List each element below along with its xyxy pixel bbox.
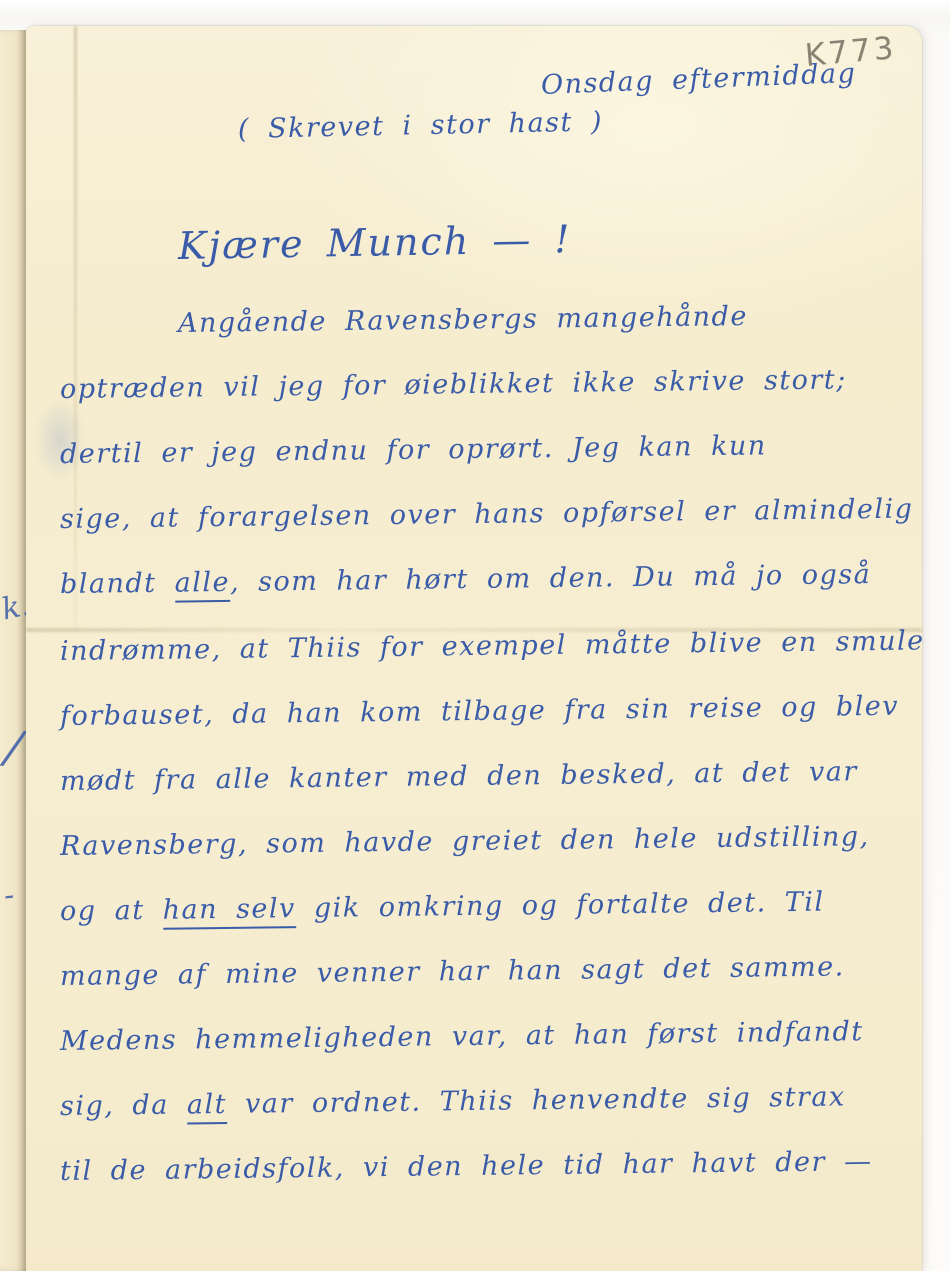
handwriting-segment: og at [60, 895, 163, 927]
handwriting-segment: mødt fra alle kanter med den besked, at … [60, 756, 858, 797]
letter-line: mødt fra alle kanter med den besked, at … [60, 756, 858, 797]
handwriting-segment: til de arbeidsfolk, vi den hele tid har … [60, 1146, 873, 1187]
handwriting-segment: forbauset, da han kom tilbage fra sin re… [60, 691, 899, 732]
adjacent-page-edge: k. / - [0, 30, 26, 1271]
handwriting-segment: sig, da [60, 1089, 187, 1122]
letter-line: sig, da alt var ordnet. Thiis henvendte … [60, 1081, 846, 1122]
letter-page: K773 Onsdag eftermiddag ( Skrevet i stor… [26, 26, 922, 1271]
letter-line: og at han selv gik omkring og fortalte d… [60, 887, 825, 927]
handwriting-segment: Ravensberg, som havde greiet den hele ud… [60, 821, 870, 862]
handwriting-segment: dertil er jeg endnu for oprørt. Jeg kan … [60, 430, 767, 470]
letter-line: blandt alle, som har hørt om den. Du må … [60, 559, 872, 600]
handwriting-segment: alle [174, 567, 230, 603]
greeting: Kjære Munch — ! [178, 217, 572, 268]
handwriting-segment: gik omkring og fortalte det. Til [296, 887, 825, 924]
letter-line: optræden vil jeg for øieblikket ikke skr… [60, 364, 847, 405]
letter-line: mange af mine venner har han sagt det sa… [60, 951, 845, 992]
handwriting-segment: , som har hørt om den. Du må jo også [230, 559, 872, 598]
handwriting-segment: blandt [60, 568, 175, 600]
handwriting-segment: han selv [162, 893, 296, 930]
handwriting-segment: Medens hemmeligheden var, at han først i… [60, 1016, 864, 1057]
handwriting-segment: mange af mine venner har han sagt det sa… [60, 951, 845, 992]
letter-line: Medens hemmeligheden var, at han først i… [60, 1016, 864, 1057]
handwriting-segment: var ordnet. Thiis henvendte sig strax [227, 1081, 846, 1120]
handwriting-segment: sige, at forargelsen over hans opførsel … [60, 494, 914, 535]
ink-fragment: / [2, 719, 25, 775]
letter-line: forbauset, da han kom tilbage fra sin re… [60, 691, 899, 732]
letter-scan: { "letter": { "ink_color": "#3a5ca8", "p… [0, 0, 950, 1271]
ink-fragment: - [2, 878, 16, 914]
date-line: Onsdag eftermiddag [540, 58, 856, 101]
letter-line: Ravensberg, som havde greiet den hele ud… [60, 821, 870, 862]
letter-line: dertil er jeg endnu for oprørt. Jeg kan … [60, 430, 767, 470]
handwriting-segment: optræden vil jeg for øieblikket ikke skr… [60, 364, 847, 405]
vertical-fold-crease [74, 26, 77, 630]
letter-line: til de arbeidsfolk, vi den hele tid har … [60, 1146, 873, 1187]
letter-line: sige, at forargelsen over hans opførsel … [60, 494, 914, 535]
handwriting-segment: Angående Ravensbergs mangehånde [178, 301, 748, 339]
haste-note: ( Skrevet i stor hast ) [238, 106, 604, 145]
letter-line: Angående Ravensbergs mangehånde [178, 301, 748, 339]
handwriting-segment: alt [187, 1089, 228, 1124]
ink-fragment: k. [0, 588, 26, 628]
